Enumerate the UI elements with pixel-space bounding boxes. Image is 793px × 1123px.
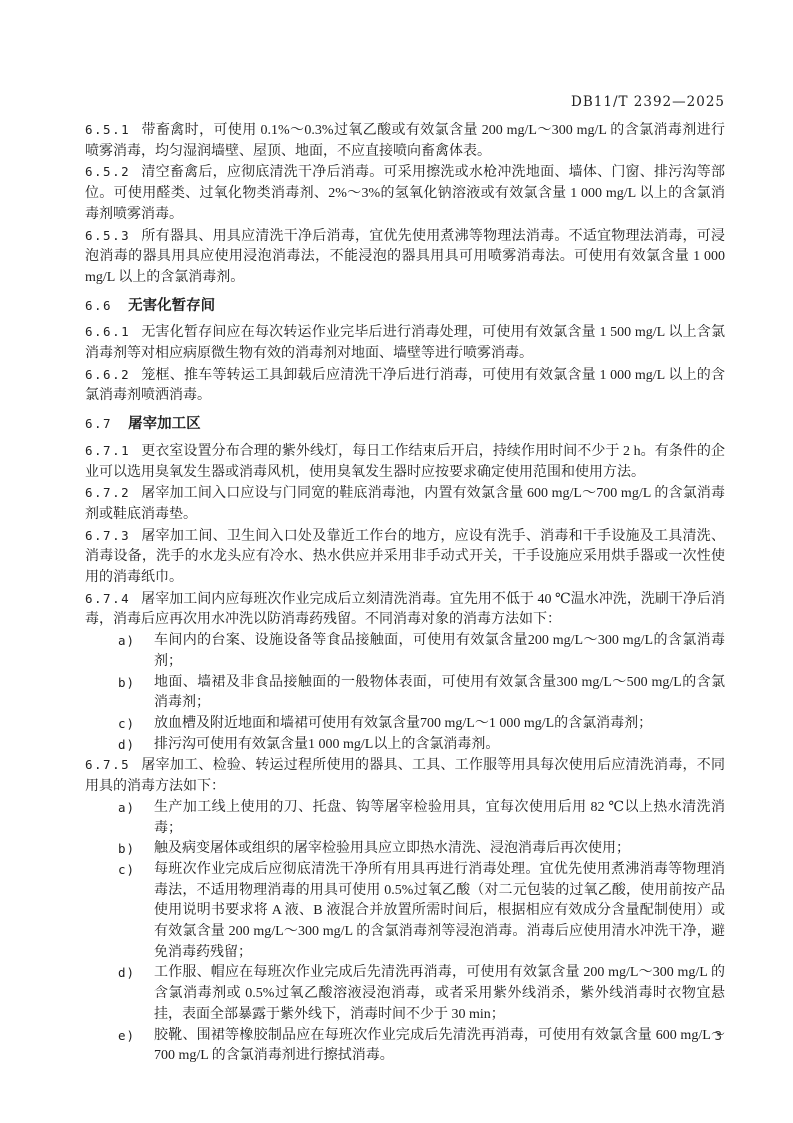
clause-paragraph: 6.5.3所有器具、用具应清洗干净后消毒，宜优先使用煮沸等物理法消毒。不适宜物理… [85,226,725,289]
section-number: 6.7 [85,416,112,431]
list-item: c)每班次作业完成后应彻底清洗干净所有用具再进行消毒处理。宜优先使用煮沸消毒等物… [85,860,725,964]
clause-paragraph: 6.5.2清空畜禽后，应彻底清洗干净后消毒。可采用擦洗或水枪冲洗地面、墙体、门窗… [85,162,725,225]
clause-text: 屠宰加工、检验、转运过程所使用的器具、工具、工作服等用具每次使用后应清洗消毒，不… [85,758,725,794]
clause-paragraph: 6.7.5屠宰加工、检验、转运过程所使用的器具、工具、工作服等用具每次使用后应清… [85,755,725,797]
clause-paragraph: 6.7.1更衣室设置分布合理的紫外线灯，每日工作结束后开启，持续作用时间不少于 … [85,441,725,483]
list-item: c)放血槽及附近地面和墙裙可使用有效氯含量700 mg/L～1 000 mg/L… [85,714,725,735]
clause-text: 屠宰加工间内应每班次作业完成后立刻清洗消毒。宜先用不低于 40 ℃温水冲洗，洗刷… [85,592,725,628]
clause-text: 更衣室设置分布合理的紫外线灯，每日工作结束后开启，持续作用时间不少于 2 h。有… [85,444,725,480]
list-item-label: b) [118,839,154,860]
list-item-label: c) [118,714,154,735]
standard-code-header: DB11/T 2392—2025 [85,94,725,111]
list-item-label: c) [118,860,154,964]
list-item-text: 每班次作业完成后应彻底清洗干净所有用具再进行消毒处理。宜优先使用煮沸消毒等物理消… [154,860,725,964]
list-item: d)工作服、帽应在每班次作业完成后先清洗再消毒，可使用有效氯含量 200 mg/… [85,963,725,1025]
clause-number: 6.5.3 [85,228,130,243]
list-item-text: 工作服、帽应在每班次作业完成后先清洗再消毒，可使用有效氯含量 200 mg/L～… [154,963,725,1025]
clause-text: 笼框、推车等转运工具卸载后应清洗干净后进行消毒，可使用有效氯含量 1 000 m… [85,368,725,404]
list-item-label: b) [118,673,154,714]
clause-text: 无害化暂存间应在每次转运作业完毕后进行消毒处理，可使用有效氯含量 1 500 m… [85,325,725,361]
clause-paragraph: 6.6.2笼框、推车等转运工具卸载后应清洗干净后进行消毒，可使用有效氯含量 1 … [85,365,725,407]
list-item-text: 排污沟可使用有效氯含量1 000 mg/L以上的含氯消毒剂。 [154,735,725,756]
document-page: DB11/T 2392—2025 6.5.1带畜禽时，可使用 0.1%～0.3%… [0,0,793,1123]
content-area: DB11/T 2392—2025 6.5.1带畜禽时，可使用 0.1%～0.3%… [85,94,725,1067]
list-item: a)生产加工线上使用的刀、托盘、钩等屠宰检验用具，宜每次使用后用 82 ℃以上热… [85,798,725,839]
clause-text: 屠宰加工间、卫生间入口处及靠近工作台的地方，应设有洗手、消毒和干手设施及工具清洗… [85,529,725,585]
list-item-label: a) [118,631,154,672]
section-heading: 6.7屠宰加工区 [85,414,725,435]
list-item-label: a) [118,798,154,839]
document-body: 6.5.1带畜禽时，可使用 0.1%～0.3%过氧乙酸或有效氯含量 200 mg… [85,120,725,1067]
list-item: b)地面、墙裙及非食品接触面的一般物体表面，可使用有效氯含量300 mg/L～5… [85,673,725,714]
clause-number: 6.5.2 [85,164,130,179]
clause-paragraph: 6.7.2屠宰加工间入口应设与门同宽的鞋底消毒池，内置有效氯含量 600 mg/… [85,483,725,525]
list-item-text: 地面、墙裙及非食品接触面的一般物体表面，可使用有效氯含量300 mg/L～500… [154,673,725,714]
clause-paragraph: 6.7.4屠宰加工间内应每班次作业完成后立刻清洗消毒。宜先用不低于 40 ℃温水… [85,589,725,631]
list-item: a)车间内的台案、设施设备等食品接触面，可使用有效氯含量200 mg/L～300… [85,631,725,672]
section-title: 屠宰加工区 [128,416,201,432]
section-title: 无害化暂存间 [128,298,215,314]
list-item-text: 车间内的台案、设施设备等食品接触面，可使用有效氯含量200 mg/L～300 m… [154,631,725,672]
list-item: d)排污沟可使用有效氯含量1 000 mg/L以上的含氯消毒剂。 [85,735,725,756]
clause-text: 所有器具、用具应清洗干净后消毒，宜优先使用煮沸等物理法消毒。不适宜物理法消毒，可… [85,229,725,285]
clause-number: 6.6.1 [85,324,130,339]
list-item-label: d) [118,963,154,1025]
clause-number: 6.7.4 [85,591,130,606]
list-item-text: 生产加工线上使用的刀、托盘、钩等屠宰检验用具，宜每次使用后用 82 ℃以上热水清… [154,798,725,839]
clause-paragraph: 6.6.1无害化暂存间应在每次转运作业完毕后进行消毒处理，可使用有效氯含量 1 … [85,322,725,364]
clause-text: 清空畜禽后，应彻底清洗干净后消毒。可采用擦洗或水枪冲洗地面、墙体、门窗、排污沟等… [85,165,725,221]
list-item: b)触及病变屠体或组织的屠宰检验用具应立即热水清洗、浸泡消毒后再次使用； [85,839,725,860]
clause-paragraph: 6.7.3屠宰加工间、卫生间入口处及靠近工作台的地方，应设有洗手、消毒和干手设施… [85,526,725,589]
list-item-label: d) [118,735,154,756]
clause-number: 6.7.1 [85,443,130,458]
list-item-text: 触及病变屠体或组织的屠宰检验用具应立即热水清洗、浸泡消毒后再次使用； [154,839,725,860]
clause-text: 屠宰加工间入口应设与门同宽的鞋底消毒池，内置有效氯含量 600 mg/L～700… [85,486,725,522]
section-number: 6.6 [85,298,112,313]
list-item-text: 放血槽及附近地面和墙裙可使用有效氯含量700 mg/L～1 000 mg/L的含… [154,714,725,735]
clause-number: 6.7.5 [85,757,130,772]
clause-number: 6.7.3 [85,528,130,543]
clause-number: 6.7.2 [85,485,130,500]
clause-paragraph: 6.5.1带畜禽时，可使用 0.1%～0.3%过氧乙酸或有效氯含量 200 mg… [85,120,725,162]
clause-text: 带畜禽时，可使用 0.1%～0.3%过氧乙酸或有效氯含量 200 mg/L～30… [85,123,725,159]
section-heading: 6.6无害化暂存间 [85,296,725,317]
page-number: 3 [85,1028,722,1043]
clause-number: 6.6.2 [85,367,130,382]
clause-number: 6.5.1 [85,122,130,137]
